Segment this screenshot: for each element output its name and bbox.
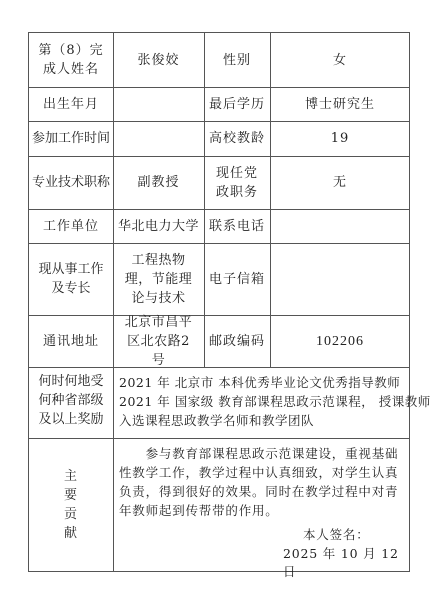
label-teaching-years: 高校教龄 <box>204 121 270 156</box>
signature-date: 2025 年 10 月 12 日 <box>283 544 409 580</box>
label-education: 最后学历 <box>204 87 270 121</box>
value-phone <box>270 209 410 243</box>
value-party-position: 无 <box>270 156 410 209</box>
label-title: 专业技术职称 <box>29 156 113 209</box>
value-birth <box>113 87 204 121</box>
label-employer: 工作单位 <box>29 209 113 243</box>
label-birth: 出生年月 <box>29 87 113 121</box>
info-form-table: 第（8）完成人姓名 张俊姣 性别 女 出生年月 最后学历 博士研究生 参加工作时… <box>28 32 410 572</box>
value-gender: 女 <box>270 33 410 87</box>
label-postcode: 邮政编码 <box>204 315 270 367</box>
value-postcode: 102206 <box>270 315 410 367</box>
awards-list: 2021 年 北京市 本科优秀毕业论文优秀指导教师 2021 年 国家级 教育部… <box>113 367 410 438</box>
value-education: 博士研究生 <box>270 87 410 121</box>
value-address: 北京市昌平区北农路2号 <box>113 315 204 367</box>
label-gender: 性别 <box>204 33 270 87</box>
award-line: 入选课程思政教学名师和教学团队 <box>119 411 314 430</box>
value-title: 副教授 <box>113 156 204 209</box>
label-address: 通讯地址 <box>29 315 113 367</box>
label-phone: 联系电话 <box>204 209 270 243</box>
award-line: 2021 年 北京市 本科优秀毕业论文优秀指导教师 <box>119 373 400 392</box>
value-specialty: 工程热物理，节能理论与技术 <box>113 243 204 315</box>
label-name: 第（8）完成人姓名 <box>29 33 113 87</box>
award-line: 2021 年 国家级 教育部课程思政示范课程， 授课教师 <box>119 392 431 411</box>
value-name: 张俊姣 <box>113 33 204 87</box>
value-employer: 华北电力大学 <box>113 209 204 243</box>
label-party-position: 现任党政职务 <box>204 156 270 209</box>
label-awards: 何时何地受何种省部级及以上奖励 <box>29 367 113 438</box>
label-email: 电子信箱 <box>204 243 270 315</box>
value-teaching-years: 19 <box>270 121 410 156</box>
signature-label: 本人签名： <box>303 525 370 543</box>
value-email <box>270 243 410 315</box>
label-work-start: 参加工作时间 <box>29 121 113 156</box>
label-contribution: 主要贡献 <box>29 438 113 572</box>
value-work-start <box>113 121 204 156</box>
label-specialty: 现从事工作及专长 <box>29 243 113 315</box>
